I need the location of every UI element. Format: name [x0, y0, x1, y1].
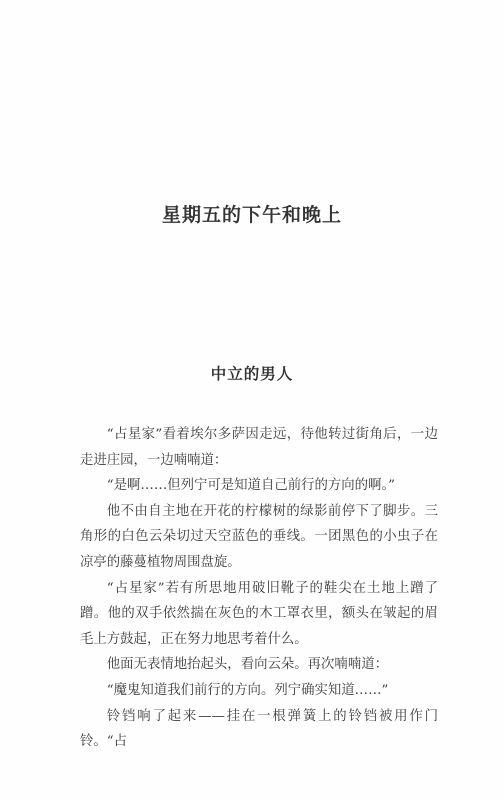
paragraph: “是啊……但列宁可是知道自己前行的方向的啊。”: [80, 473, 438, 499]
chapter-title: 星期五的下午和晚上: [0, 200, 504, 227]
body-text: “占星家”看着埃尔多萨因走远，待他转过街角后，一边走进庄园，一边喃喃道： “是啊…: [80, 422, 438, 755]
paragraph: 铃铛响了起来——挂在一根弹簧上的铃铛被用作门铃。“占: [80, 704, 438, 755]
paragraph: “魔鬼知道我们前行的方向。列宁确实知道……”: [80, 678, 438, 704]
section-title: 中立的男人: [0, 362, 504, 384]
paragraph: 他面无表情地抬起头，看向云朵。再次喃喃道：: [80, 652, 438, 678]
book-page: 星期五的下午和晚上 中立的男人 “占星家”看着埃尔多萨因走远，待他转过街角后，一…: [0, 0, 504, 800]
paragraph: 他不由自主地在开花的柠檬树的绿影前停下了脚步。三角形的白色云朵切过天空蓝色的垂线…: [80, 499, 438, 576]
paragraph: “占星家”看着埃尔多萨因走远，待他转过街角后，一边走进庄园，一边喃喃道：: [80, 422, 438, 473]
paragraph: “占星家”若有所思地用破旧靴子的鞋尖在土地上蹭了蹭。他的双手依然揣在灰色的木工罩…: [80, 576, 438, 653]
